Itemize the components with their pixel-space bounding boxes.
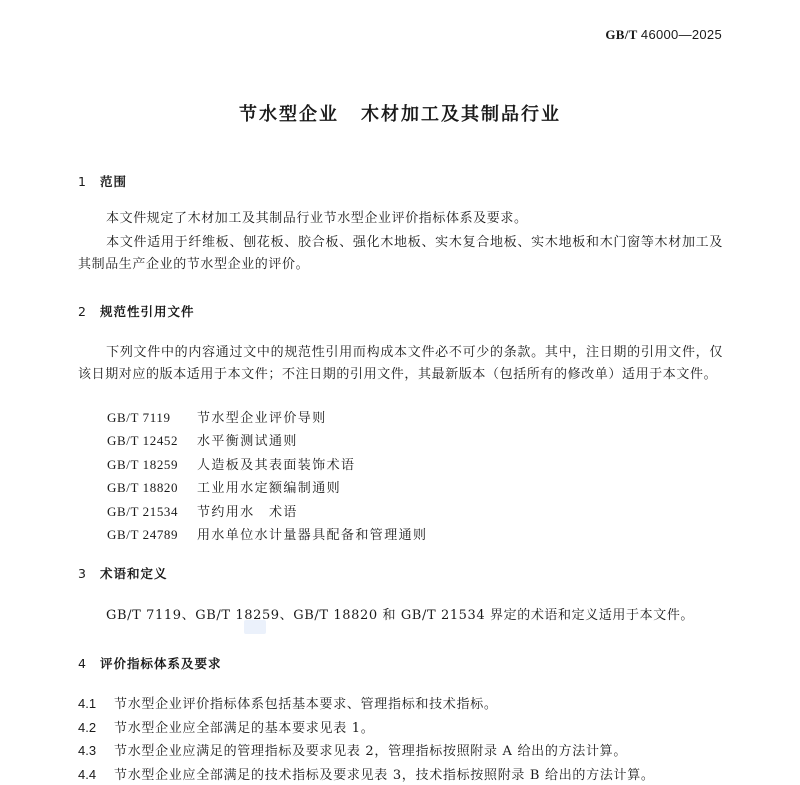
title-part-2: 木材加工及其制品行业 xyxy=(361,104,561,125)
clause-number: 4.4 xyxy=(78,764,114,785)
reference-name: 节水型企业评价导则 xyxy=(197,411,327,426)
clause-item: 4.1节水型企业评价指标体系包括基本要求、管理指标和技术指标。 xyxy=(78,693,655,717)
clause-number: 4.3 xyxy=(78,740,114,763)
reference-item: GB/T 18259人造板及其表面装饰术语 xyxy=(107,454,427,477)
reference-name: 节约用水 术语 xyxy=(197,505,298,520)
reference-code: GB/T 18259 xyxy=(107,454,197,476)
clause-item: 4.4节水型企业应全部满足的技术指标及要求见表 3，技术指标按照附录 B 给出的… xyxy=(78,764,655,785)
reference-item: GB/T 21534节约用水 术语 xyxy=(107,501,427,524)
section-title: 术语和定义 xyxy=(100,566,168,581)
reference-code: GB/T 21534 xyxy=(107,501,197,523)
standard-prefix: GB/T xyxy=(605,27,637,42)
section-number: 3 xyxy=(78,566,100,581)
paragraph-text: 本文件适用于纤维板、刨花板、胶合板、强化木地板、实木复合地板、实木地板和木门窗等… xyxy=(78,235,723,272)
reference-item: GB/T 12452水平衡测试通则 xyxy=(107,430,427,453)
watermark-mark xyxy=(244,620,266,634)
clause-list: 4.1节水型企业评价指标体系包括基本要求、管理指标和技术指标。 4.2节水型企业… xyxy=(78,693,655,785)
scope-paragraph-1: 本文件规定了木材加工及其制品行业节水型企业评价指标体系及要求。 xyxy=(78,208,723,230)
reference-item: GB/T 7119节水型企业评价导则 xyxy=(107,407,427,430)
reference-name: 人造板及其表面装饰术语 xyxy=(197,458,355,473)
section-title: 规范性引用文件 xyxy=(100,304,195,319)
clause-number: 4.1 xyxy=(78,693,114,716)
reference-code: GB/T 12452 xyxy=(107,430,197,452)
reference-code: GB/T 7119 xyxy=(107,407,197,429)
section-title: 评价指标体系及要求 xyxy=(100,656,222,671)
normative-references-paragraph: 下列文件中的内容通过文中的规范性引用而构成本文件必不可少的条款。其中，注日期的引… xyxy=(78,342,723,386)
scope-paragraph-2: 本文件适用于纤维板、刨花板、胶合板、强化木地板、实木复合地板、实木地板和木门窗等… xyxy=(78,232,723,276)
section-number: 4 xyxy=(78,656,100,671)
reference-code: GB/T 18820 xyxy=(107,477,197,499)
reference-item: GB/T 24789用水单位水计量器具配备和管理通则 xyxy=(107,524,427,547)
paragraph-text: 本文件规定了木材加工及其制品行业节水型企业评价指标体系及要求。 xyxy=(106,211,528,226)
section-number: 1 xyxy=(78,174,100,189)
section-heading-terms-definitions: 3术语和定义 xyxy=(78,564,168,582)
clause-text: 节水型企业评价指标体系包括基本要求、管理指标和技术指标。 xyxy=(114,697,498,712)
standard-code: GB/T 46000—2025 xyxy=(605,27,722,43)
section-number: 2 xyxy=(78,304,100,319)
section-heading-normative-references: 2规范性引用文件 xyxy=(78,302,195,320)
clause-item: 4.3节水型企业应满足的管理指标及要求见表 2，管理指标按照附录 A 给出的方法… xyxy=(78,740,655,764)
paragraph-text: GB/T 7119、GB/T 18259、GB/T 18820 和 GB/T 2… xyxy=(106,608,694,623)
terms-definitions-paragraph: GB/T 7119、GB/T 18259、GB/T 18820 和 GB/T 2… xyxy=(78,605,723,627)
section-heading-scope: 1范围 xyxy=(78,172,127,190)
section-heading-evaluation-indicators: 4评价指标体系及要求 xyxy=(78,654,222,672)
document-title: 节水型企业木材加工及其制品行业 xyxy=(0,100,800,126)
clause-number: 4.2 xyxy=(78,717,114,740)
clause-text: 节水型企业应全部满足的技术指标及要求见表 3，技术指标按照附录 B 给出的方法计… xyxy=(114,768,655,783)
reference-list: GB/T 7119节水型企业评价导则 GB/T 12452水平衡测试通则 GB/… xyxy=(107,407,427,547)
reference-code: GB/T 24789 xyxy=(107,524,197,546)
section-title: 范围 xyxy=(100,174,127,189)
reference-name: 工业用水定额编制通则 xyxy=(197,481,341,496)
clause-item: 4.2节水型企业应全部满足的基本要求见表 1。 xyxy=(78,717,655,741)
clause-text: 节水型企业应满足的管理指标及要求见表 2，管理指标按照附录 A 给出的方法计算。 xyxy=(114,744,627,759)
clause-text: 节水型企业应全部满足的基本要求见表 1。 xyxy=(114,721,374,736)
reference-item: GB/T 18820工业用水定额编制通则 xyxy=(107,477,427,500)
standard-number: 46000—2025 xyxy=(641,27,722,42)
paragraph-text: 下列文件中的内容通过文中的规范性引用而构成本文件必不可少的条款。其中，注日期的引… xyxy=(78,345,723,382)
title-part-1: 节水型企业 xyxy=(239,104,339,125)
reference-name: 水平衡测试通则 xyxy=(197,434,298,449)
reference-name: 用水单位水计量器具配备和管理通则 xyxy=(197,528,427,543)
